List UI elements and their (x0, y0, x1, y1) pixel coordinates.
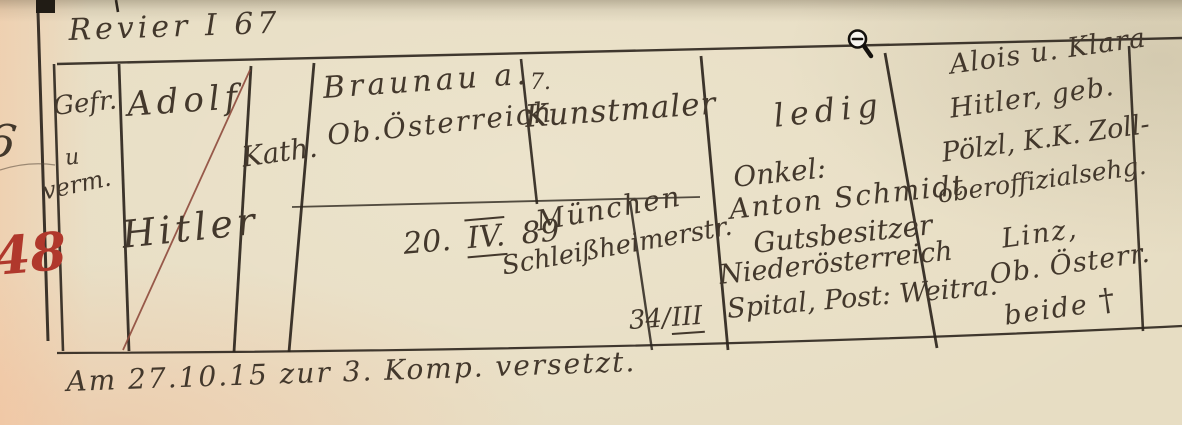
address-house-number: 34/ (628, 303, 672, 336)
birthdate-day: 20. (402, 223, 453, 262)
first-name: Adolf (126, 80, 243, 122)
rank-line1: Gefr. (52, 87, 118, 120)
binding-corner-mark (36, 0, 55, 13)
margin-number-bottom: 48 (0, 226, 69, 284)
rank-line2: u (64, 147, 80, 170)
zoom-out-cursor-icon (849, 31, 871, 57)
top-edge-tick (116, 0, 118, 12)
revier-heading: Revier I 67 (68, 9, 281, 46)
occupation-mark: 7. (530, 72, 551, 94)
col-rule-8 (1129, 46, 1143, 331)
document-scan: Revier I 67 6 48 Gefr. u verm. Adolf Hit… (0, 0, 1182, 425)
address-floor-roman: III (670, 301, 705, 335)
address-number: 34/III (628, 303, 704, 334)
